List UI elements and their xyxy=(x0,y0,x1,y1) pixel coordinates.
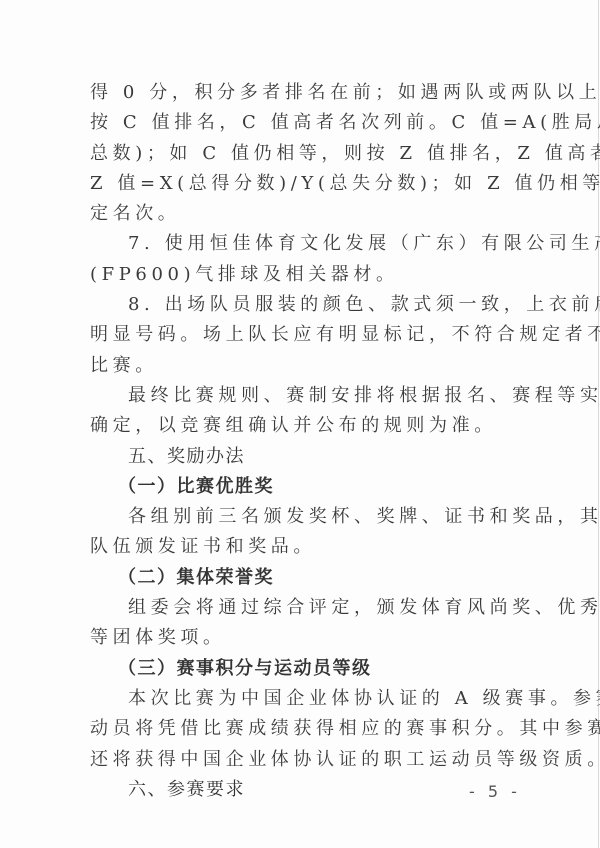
subsection-2-heading: （二）集体荣誉奖 xyxy=(90,563,510,593)
text-line: 按 C 值排名，C 值高者名次列前。C 值=A(胜局总数)/B(负局 xyxy=(90,108,510,138)
item-7-paragraph: 7. 使用恒佳体育文化发展（广东）有限公司生产的 (FP600)气排球及相关器材… xyxy=(90,229,510,290)
text-line: 定名次。 xyxy=(90,199,510,229)
text-line: 总数)；如 C 值仍相等，则按 Z 值排名，Z 值高者名次列前。 xyxy=(90,139,510,169)
subsection-1-heading: （一）比赛优胜奖 xyxy=(90,472,510,502)
text-line: 各组别前三名颁发奖杯、奖牌、证书和奖品，其他名次 xyxy=(90,502,510,532)
subsection-3-heading: （三）赛事积分与运动员等级 xyxy=(90,654,510,684)
text-line: 最终比赛规则、赛制安排将根据报名、赛程等实际情况 xyxy=(90,381,510,411)
page-number: - 5 - xyxy=(469,782,521,801)
subsection-1-paragraph: 各组别前三名颁发奖杯、奖牌、证书和奖品，其他名次 队伍颁发证书和奖品。 xyxy=(90,502,510,563)
text-line: 本次比赛为中国企业体协认证的 A 级赛事。参赛队/运 xyxy=(90,684,510,714)
final-rules-note-paragraph: 最终比赛规则、赛制安排将根据报名、赛程等实际情况 确定，以竞赛组确认并公布的规则… xyxy=(90,381,510,442)
text-line: 8. 出场队员服装的颜色、款式须一致，上衣前后均须有 xyxy=(90,290,510,320)
text-line: 组委会将通过综合评定，颁发体育风尚奖、优秀组织奖 xyxy=(90,593,510,623)
text-line: (FP600)气排球及相关器材。 xyxy=(90,260,510,290)
subsection-3-paragraph: 本次比赛为中国企业体协认证的 A 级赛事。参赛队/运 动员将凭借比赛成绩获得相应… xyxy=(90,684,510,775)
text-line: 明显号码。场上队长应有明显标记，不符合规定者不得上场 xyxy=(90,320,510,350)
document-body: 得 0 分，积分多者排名在前；如遇两队或两队以上积分相等 按 C 值排名，C 值… xyxy=(90,78,510,805)
item-8-paragraph: 8. 出场队员服装的颜色、款式须一致，上衣前后均须有 明显号码。场上队长应有明显… xyxy=(90,290,510,381)
text-line: 确定，以竞赛组确认并公布的规则为准。 xyxy=(90,411,510,441)
section-6-heading: 六、参赛要求 xyxy=(90,775,510,805)
text-line: 比赛。 xyxy=(90,351,510,381)
text-line: 还将获得中国企业体协认证的职工运动员等级资质。 xyxy=(90,745,510,775)
document-page: 得 0 分，积分多者排名在前；如遇两队或两队以上积分相等 按 C 值排名，C 值… xyxy=(0,0,600,848)
ranking-rule-paragraph: 得 0 分，积分多者排名在前；如遇两队或两队以上积分相等 按 C 值排名，C 值… xyxy=(90,78,510,229)
text-line: 得 0 分，积分多者排名在前；如遇两队或两队以上积分相等 xyxy=(90,78,510,108)
subsection-2-paragraph: 组委会将通过综合评定，颁发体育风尚奖、优秀组织奖 等团体奖项。 xyxy=(90,593,510,654)
text-line: Z 值=X(总得分数)/Y(总失分数)；如 Z 值仍相等，则抽签决 xyxy=(90,169,510,199)
text-line: 队伍颁发证书和奖品。 xyxy=(90,532,510,562)
text-line: 等团体奖项。 xyxy=(90,623,510,653)
text-line: 动员将凭借比赛成绩获得相应的赛事积分。其中参赛运动员 xyxy=(90,714,510,744)
section-5-heading: 五、奖励办法 xyxy=(90,442,510,472)
text-line: 7. 使用恒佳体育文化发展（广东）有限公司生产的 xyxy=(90,229,510,259)
